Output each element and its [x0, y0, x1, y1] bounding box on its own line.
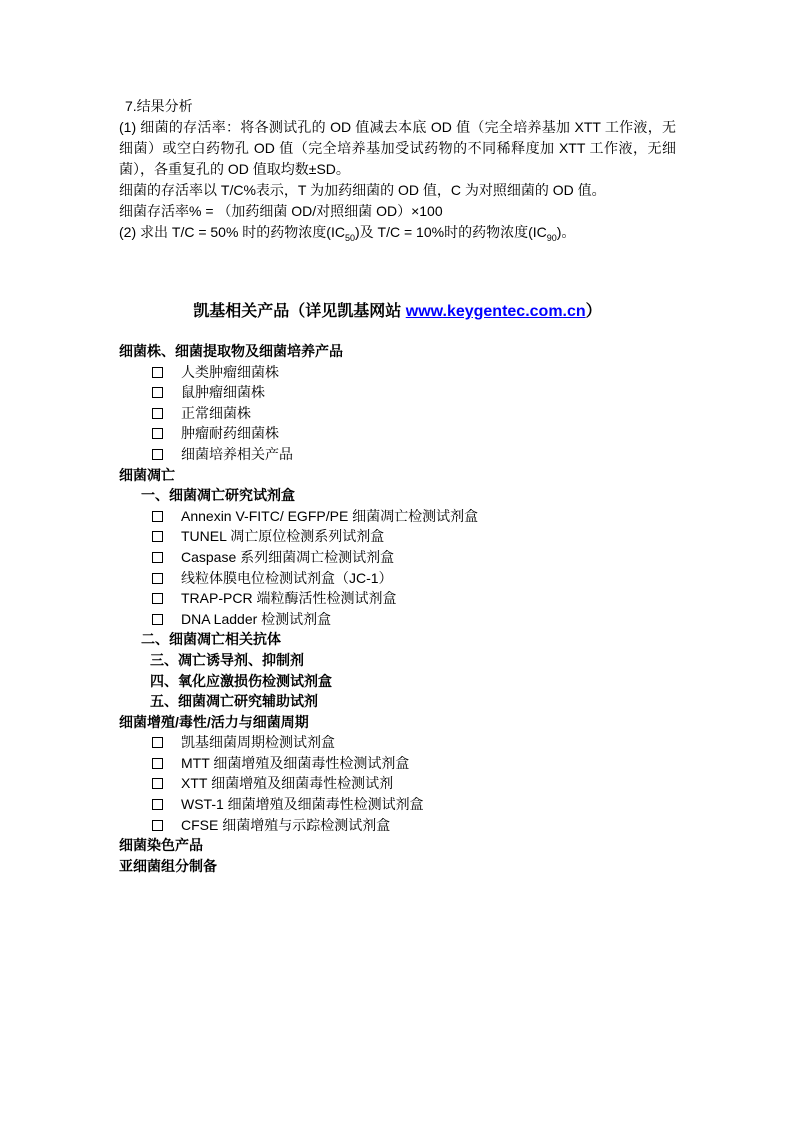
- products-title: 凯基相关产品（详见凯基网站 www.keygentec.com.cn）: [119, 301, 676, 323]
- product-group-heading: 细菌增殖/毒性/活力与细菌周期: [119, 712, 676, 733]
- product-item: 人类肿瘤细菌株: [119, 362, 676, 383]
- product-item-label: WST-1 细菌增殖及细菌毒性检测试剂盒: [181, 796, 424, 812]
- subscript-text: 90: [547, 233, 557, 243]
- results-paragraph: (1) 细菌的存活率：将各测试孔的 OD 值减去本底 OD 值（完全培养基加 X…: [119, 117, 676, 180]
- results-paragraph: 细菌的存活率以 T/C%表示，T 为加药细菌的 OD 值，C 为对照细菌的 OD…: [119, 180, 676, 201]
- product-item-label: TRAP-PCR 端粒酶活性检测试剂盒: [181, 590, 396, 606]
- product-item: CFSE 细菌增殖与示踪检测试剂盒: [119, 815, 676, 836]
- product-item: 肿瘤耐药细菌株: [119, 423, 676, 444]
- checkbox-icon: [152, 531, 163, 542]
- checkbox-icon: [152, 573, 163, 584]
- product-item: TUNEL 凋亡原位检测系列试剂盒: [119, 526, 676, 547]
- product-item-label: DNA Ladder 检测试剂盒: [181, 611, 331, 627]
- product-item: 线粒体膜电位检测试剂盒（JC-1）: [119, 568, 676, 589]
- paragraph-text: )。: [557, 224, 576, 240]
- product-item: Caspase 系列细菌凋亡检测试剂盒: [119, 547, 676, 568]
- product-item: 正常细菌株: [119, 403, 676, 424]
- product-item-label: XTT 细菌增殖及细菌毒性检测试剂: [181, 775, 393, 791]
- checkbox-icon: [152, 799, 163, 810]
- checkbox-icon: [152, 820, 163, 831]
- product-subcategory-heading: 五、细菌凋亡研究辅助试剂: [119, 691, 676, 712]
- product-item-label: 肿瘤耐药细菌株: [181, 425, 279, 441]
- product-item-label: 鼠肿瘤细菌株: [181, 384, 265, 400]
- results-section: 7.结果分析 (1) 细菌的存活率：将各测试孔的 OD 值减去本底 OD 值（完…: [119, 96, 676, 243]
- subscript-text: 50: [345, 233, 355, 243]
- product-group-heading: 细菌株、细菌提取物及细菌培养产品: [119, 341, 676, 362]
- products-title-suffix: ）: [586, 303, 602, 320]
- checkbox-icon: [152, 593, 163, 604]
- product-subcategory-heading: 三、凋亡诱导剂、抑制剂: [119, 650, 676, 671]
- product-item: TRAP-PCR 端粒酶活性检测试剂盒: [119, 588, 676, 609]
- checkbox-icon: [152, 737, 163, 748]
- products-title-prefix: 凯基相关产品（详见凯基网站: [193, 303, 405, 320]
- checkbox-icon: [152, 387, 163, 398]
- product-item-label: Caspase 系列细菌凋亡检测试剂盒: [181, 549, 394, 565]
- product-item: Annexin V-FITC/ EGFP/PE 细菌凋亡检测试剂盒: [119, 506, 676, 527]
- product-item: 鼠肿瘤细菌株: [119, 382, 676, 403]
- product-item-label: 人类肿瘤细菌株: [181, 364, 279, 380]
- product-item-label: TUNEL 凋亡原位检测系列试剂盒: [181, 528, 384, 544]
- results-paragraphs: (1) 细菌的存活率：将各测试孔的 OD 值减去本底 OD 值（完全培养基加 X…: [119, 117, 676, 243]
- product-subcategory-heading: 二、细菌凋亡相关抗体: [119, 629, 676, 650]
- results-paragraph: (2) 求出 T/C = 50% 时的药物浓度(IC50)及 T/C = 10%…: [119, 222, 676, 243]
- product-group-heading: 细菌凋亡: [119, 465, 676, 486]
- checkbox-icon: [152, 778, 163, 789]
- checkbox-icon: [152, 552, 163, 563]
- paragraph-text: (2) 求出 T/C = 50% 时的药物浓度(IC: [119, 224, 345, 240]
- keygen-website-link[interactable]: www.keygentec.com.cn: [406, 303, 586, 320]
- product-item-label: 正常细菌株: [181, 405, 251, 421]
- product-item-label: 细菌培养相关产品: [181, 446, 293, 462]
- product-subcategory-heading: 一、细菌凋亡研究试剂盒: [119, 485, 676, 506]
- checkbox-icon: [152, 758, 163, 769]
- paragraph-text: )及 T/C = 10%时的药物浓度(IC: [355, 224, 547, 240]
- product-item: MTT 细菌增殖及细菌毒性检测试剂盒: [119, 753, 676, 774]
- product-item-label: CFSE 细菌增殖与示踪检测试剂盒: [181, 817, 390, 833]
- checkbox-icon: [152, 614, 163, 625]
- product-group-heading: 细菌染色产品: [119, 835, 676, 856]
- product-item: XTT 细菌增殖及细菌毒性检测试剂: [119, 773, 676, 794]
- product-item: 凯基细菌周期检测试剂盒: [119, 732, 676, 753]
- product-item-label: 线粒体膜电位检测试剂盒（JC-1）: [181, 570, 393, 586]
- checkbox-icon: [152, 408, 163, 419]
- checkbox-icon: [152, 367, 163, 378]
- product-item-label: MTT 细菌增殖及细菌毒性检测试剂盒: [181, 755, 409, 771]
- results-paragraph: 细菌存活率% = （加药细菌 OD/对照细菌 OD）×100: [119, 201, 676, 222]
- product-item: 细菌培养相关产品: [119, 444, 676, 465]
- document-page: 7.结果分析 (1) 细菌的存活率：将各测试孔的 OD 值减去本底 OD 值（完…: [0, 0, 794, 1123]
- product-group-heading: 亚细菌组分制备: [119, 856, 676, 877]
- checkbox-icon: [152, 511, 163, 522]
- product-item-label: Annexin V-FITC/ EGFP/PE 细菌凋亡检测试剂盒: [181, 508, 478, 524]
- product-subcategory-heading: 四、氧化应激损伤检测试剂盒: [119, 671, 676, 692]
- product-list: 细菌株、细菌提取物及细菌培养产品人类肿瘤细菌株鼠肿瘤细菌株正常细菌株肿瘤耐药细菌…: [119, 341, 676, 876]
- product-item: WST-1 细菌增殖及细菌毒性检测试剂盒: [119, 794, 676, 815]
- checkbox-icon: [152, 428, 163, 439]
- product-item: DNA Ladder 检测试剂盒: [119, 609, 676, 630]
- results-heading: 7.结果分析: [119, 96, 676, 117]
- checkbox-icon: [152, 449, 163, 460]
- product-item-label: 凯基细菌周期检测试剂盒: [181, 734, 335, 750]
- document-content: 7.结果分析 (1) 细菌的存活率：将各测试孔的 OD 值减去本底 OD 值（完…: [0, 0, 794, 876]
